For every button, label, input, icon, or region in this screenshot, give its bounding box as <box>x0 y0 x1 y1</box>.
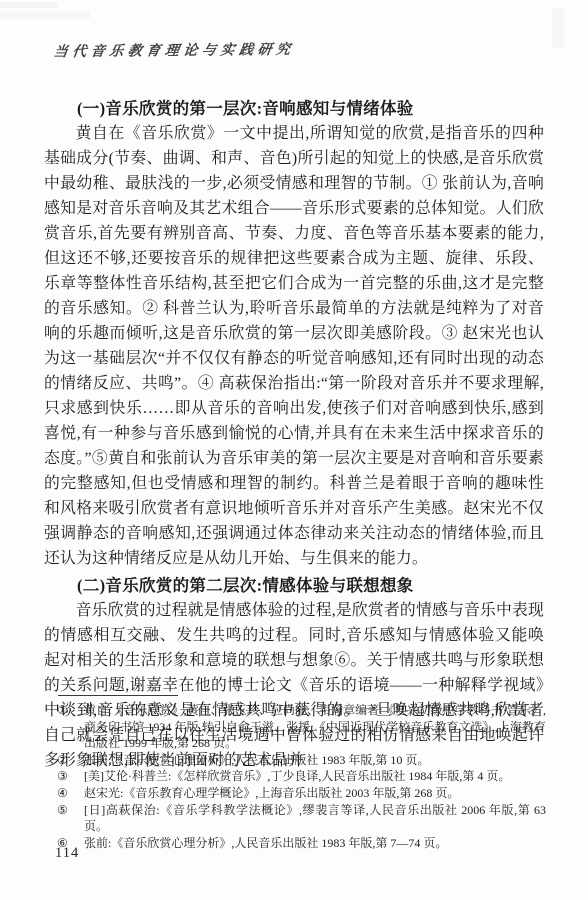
running-head: 当代音乐教育理论与实践研究 <box>53 39 296 62</box>
section-heading-first-level: (一)音乐欣赏的第一层次:音响感知与情绪体验 <box>44 96 544 121</box>
footnote-marker: ⑤ <box>57 802 84 835</box>
paragraph-first-level: 黄自在《音乐欣赏》一文中提出,所谓知觉的欣赏,是指音乐的四种基础成分(节奏、曲调… <box>44 121 544 571</box>
scan-artifact-top-left-1 <box>0 2 58 8</box>
scan-artifact-top-left-2 <box>0 12 90 19</box>
book-page: 当代音乐教育理论与实践研究 (一)音乐欣赏的第一层次:音响感知与情绪体验 黄自在… <box>0 0 588 900</box>
footnote-separator <box>58 695 178 696</box>
scan-artifact-top-right <box>552 8 564 48</box>
footnote-row: ② 张前:《音乐欣赏心理分析》,人民音乐出版社 1983 年版,第 10 页。 <box>57 752 546 769</box>
footnote-text: 黄自:《音乐欣赏》,黄自、张玉珍、应尚能、韦瀚章编著:《复兴初级中学教科书·音乐… <box>84 702 546 752</box>
footnotes-block: ① 黄自:《音乐欣赏》,黄自、张玉珍、应尚能、韦瀚章编著:《复兴初级中学教科书·… <box>44 702 546 851</box>
footnote-text: 张前:《音乐欣赏心理分析》,人民音乐出版社 1983 年版,第 7—74 页。 <box>84 835 546 852</box>
footnote-text: [日]高萩保治:《音乐学科教学法概论》,缪裴言等译,人民音乐出版社 2006 年… <box>84 802 546 835</box>
footnote-row: ① 黄自:《音乐欣赏》,黄自、张玉珍、应尚能、韦瀚章编著:《复兴初级中学教科书·… <box>57 702 546 752</box>
footnote-marker: ④ <box>57 785 84 802</box>
footnote-row: ③ [美]艾伦·科普兰:《怎样欣赏音乐》,丁少良译,人民音乐出版社 1984 年… <box>57 768 546 785</box>
page-body: (一)音乐欣赏的第一层次:音响感知与情绪体验 黄自在《音乐欣赏》一文中提出,所谓… <box>44 94 544 773</box>
footnote-text: [美]艾伦·科普兰:《怎样欣赏音乐》,丁少良译,人民音乐出版社 1984 年版,… <box>84 768 546 785</box>
footnote-row: ⑥ 张前:《音乐欣赏心理分析》,人民音乐出版社 1983 年版,第 7—74 页… <box>57 835 546 852</box>
section-heading-second-level: (二)音乐欣赏的第二层次:情感体验与联想想象 <box>44 573 544 598</box>
footnote-marker: ① <box>57 702 84 752</box>
page-number: 114 <box>55 845 79 862</box>
footnote-text: 张前:《音乐欣赏心理分析》,人民音乐出版社 1983 年版,第 10 页。 <box>84 752 546 769</box>
footnote-marker: ③ <box>57 768 84 785</box>
footnote-marker: ② <box>57 752 84 769</box>
footnote-row: ⑤ [日]高萩保治:《音乐学科教学法概论》,缪裴言等译,人民音乐出版社 2006… <box>57 802 546 835</box>
footnote-row: ④ 赵宋光:《音乐教育心理学概论》,上海音乐出版社 2003 年版,第 268 … <box>57 785 546 802</box>
footnote-text: 赵宋光:《音乐教育心理学概论》,上海音乐出版社 2003 年版,第 268 页。 <box>84 785 546 802</box>
